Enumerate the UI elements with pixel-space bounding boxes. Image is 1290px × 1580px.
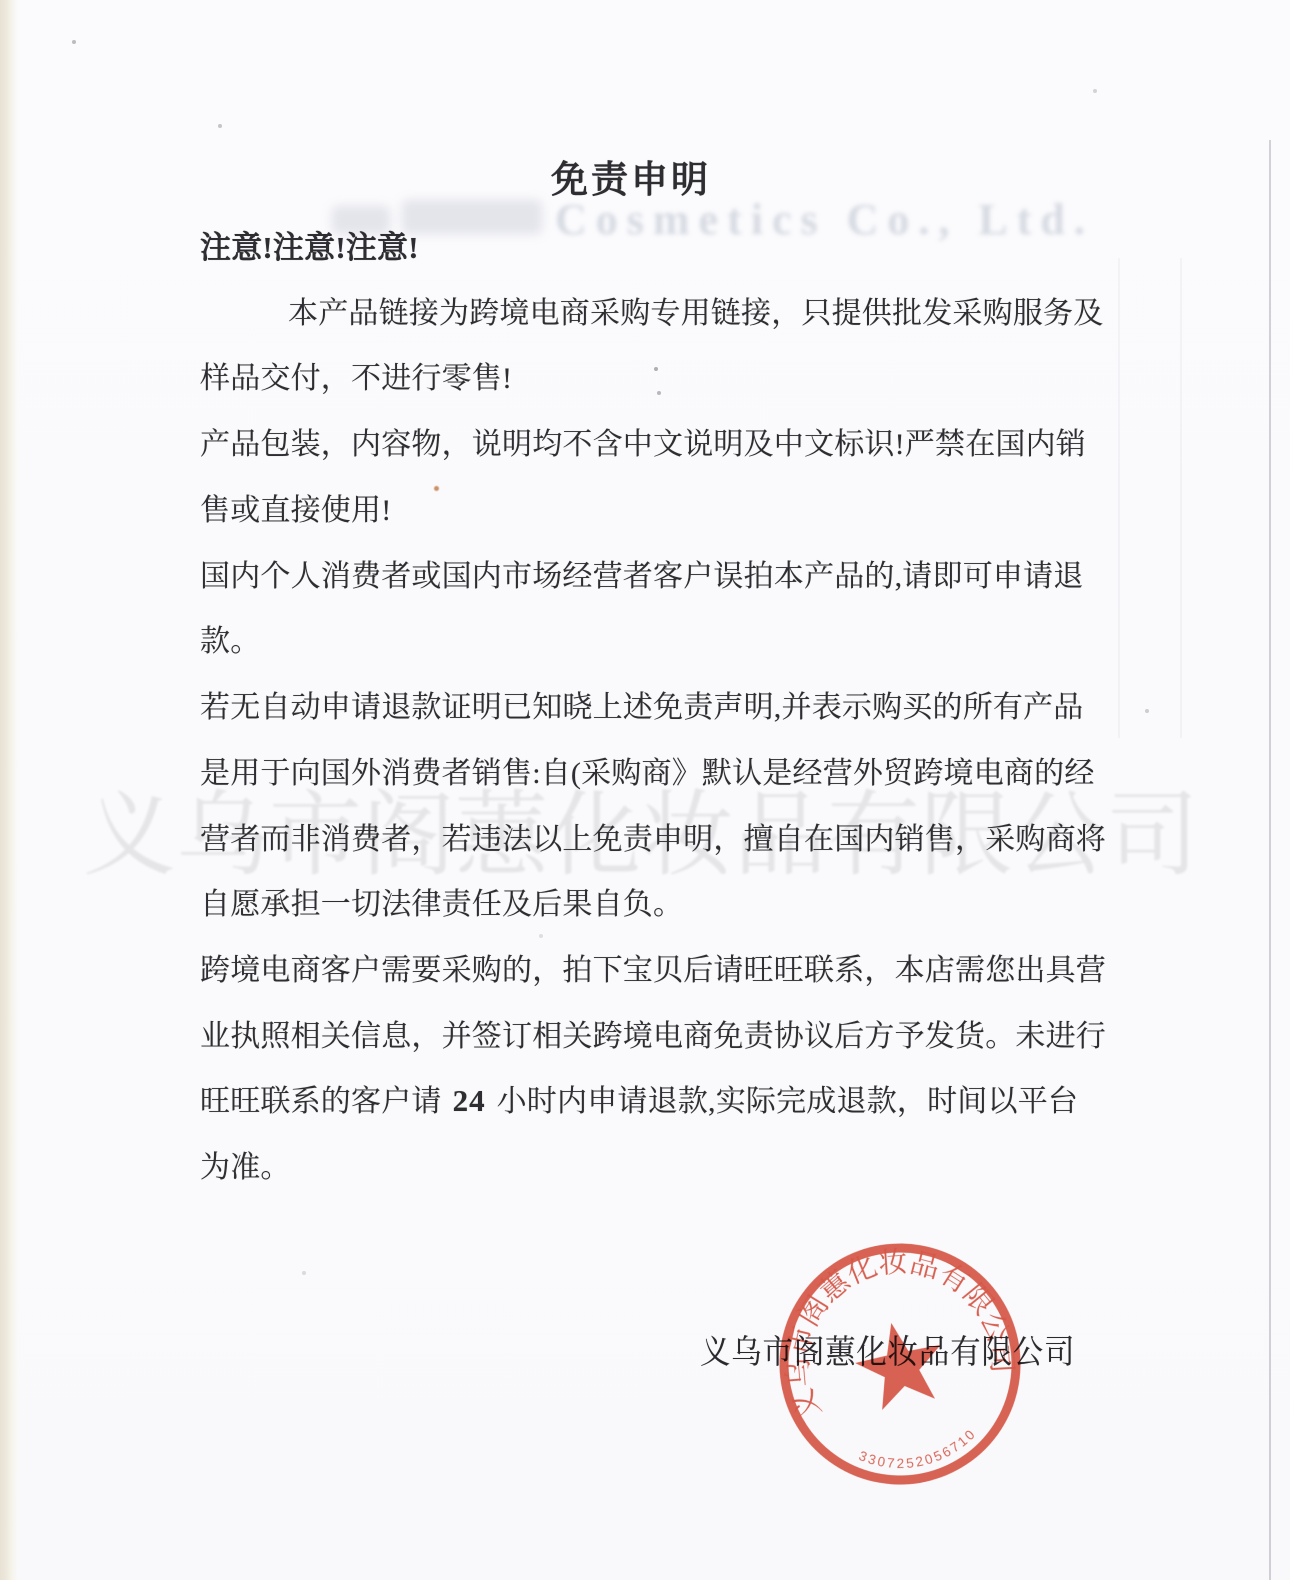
- notice-line: 注意!注意!注意!: [200, 222, 419, 267]
- company-seal: 义乌市阁蕙化妆品有限公司 3307252056710: [743, 1207, 1056, 1520]
- ink-dot: [434, 486, 439, 491]
- scan-edge-left: [0, 0, 18, 1580]
- body-line: 国内个人消费者或国内市场经营者客户误拍本产品的,请即可申请退: [200, 551, 1084, 595]
- bleed-vertical-line: [1118, 258, 1120, 738]
- body-line: 若无自动申请退款证明已知晓上述免责声明,并表示购买的所有产品: [200, 682, 1084, 726]
- body-line-hours: 旺旺联系的客户请24小时内申请退款,实际完成退款，时间以平台: [200, 1076, 1078, 1120]
- bleed-smudge: [402, 200, 542, 234]
- bleed-vertical-line: [1180, 258, 1182, 738]
- body-line: 售或直接使用!: [200, 485, 391, 529]
- hours-value: 24: [453, 1083, 486, 1118]
- body-line: 跨境电商客户需要采购的，拍下宝贝后请旺旺联系，本店需您出具营: [200, 945, 1106, 989]
- body-line: 营者而非消费者，若违法以上免责申明，擅自在国内销售，采购商将: [200, 814, 1106, 858]
- document-title: 免责申明: [0, 149, 1276, 203]
- hours-pre: 旺旺联系的客户请: [200, 1085, 442, 1118]
- body-line: 业执照相关信息，并签订相关跨境电商免责协议后方予发货。未进行: [200, 1011, 1106, 1055]
- scan-edge-right: [1269, 140, 1271, 1580]
- body-line: 样品交付，不进行零售!: [200, 353, 512, 397]
- body-line: 本产品链接为跨境电商采购专用链接，只提供批发采购服务及: [288, 288, 1103, 332]
- scanned-paper: Cosmetics Co., Ltd. 免责申明 注意!注意!注意! 本产品链接…: [0, 0, 1290, 1580]
- body-line: 自愿承担一切法律责任及后果自负。: [200, 879, 683, 923]
- body-line: 为准。: [200, 1142, 291, 1186]
- body-line: 产品包装，内容物，说明均不含中文说明及中文标识!严禁在国内销: [200, 419, 1086, 463]
- body-line: 款。: [200, 616, 260, 660]
- body-line: 是用于向国外消费者销售:自(采购商》默认是经营外贸跨境电商的经: [200, 748, 1095, 792]
- hours-post: 小时内申请退款,实际完成退款，时间以平台: [497, 1085, 1079, 1118]
- star-icon: [849, 1314, 952, 1414]
